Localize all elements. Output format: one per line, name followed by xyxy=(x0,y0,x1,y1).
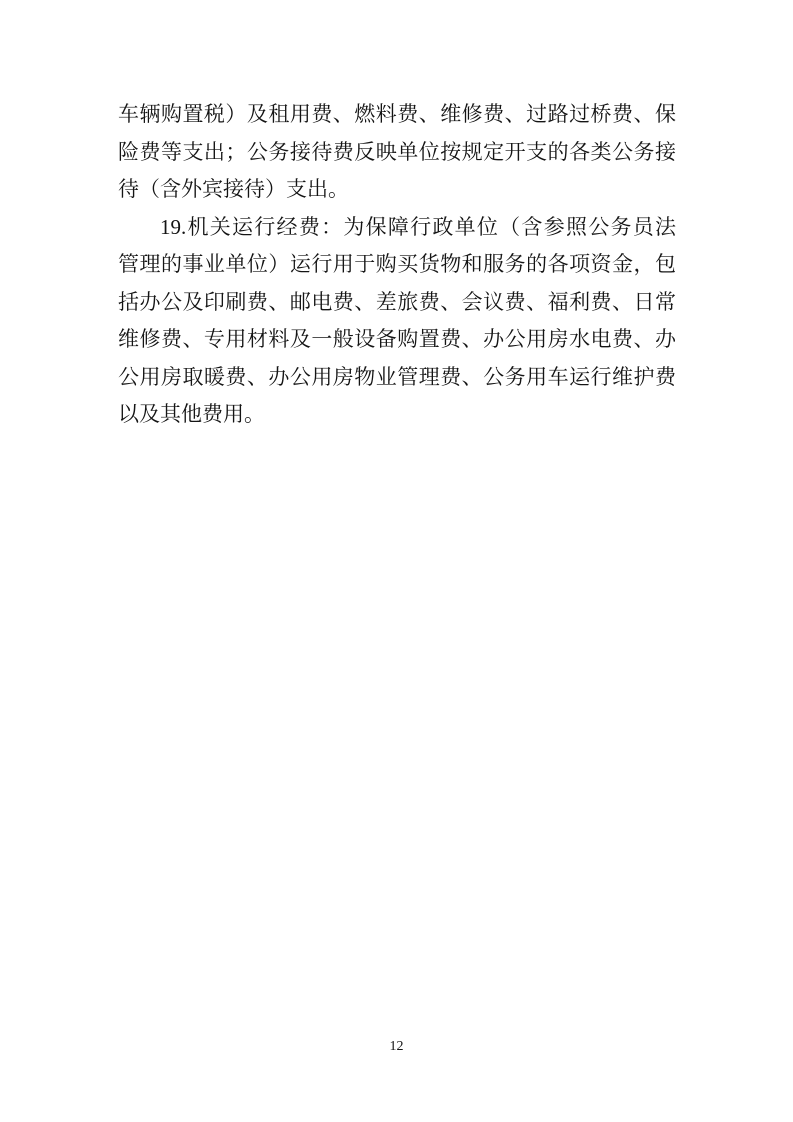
text-line: 括办公及印刷费、邮电费、差旅费、会议费、福利费、日常 xyxy=(118,284,676,322)
text-block: 车辆购置税）及租用费、燃料费、维修费、过路过桥费、保险费等支出；公务接待费反映单… xyxy=(118,96,676,434)
text-line: 维修费、专用材料及一般设备购置费、办公用房水电费、办 xyxy=(118,321,676,359)
text-line: 公用房取暖费、办公用房物业管理费、公务用车运行维护费 xyxy=(118,359,676,397)
text-line: 管理的事业单位）运行用于购买货物和服务的各项资金，包 xyxy=(118,246,676,284)
page-number: 12 xyxy=(0,1038,793,1056)
text-line: 以及其他费用。 xyxy=(118,396,676,434)
text-line: 险费等支出；公务接待费反映单位按规定开支的各类公务接 xyxy=(118,134,676,172)
text-line: 待（含外宾接待）支出。 xyxy=(118,171,676,209)
text-line: 19.机关运行经费：为保障行政单位（含参照公务员法 xyxy=(118,209,676,247)
document-page: 车辆购置税）及租用费、燃料费、维修费、过路过桥费、保险费等支出；公务接待费反映单… xyxy=(0,0,793,1122)
text-line: 车辆购置税）及租用费、燃料费、维修费、过路过桥费、保 xyxy=(118,96,676,134)
